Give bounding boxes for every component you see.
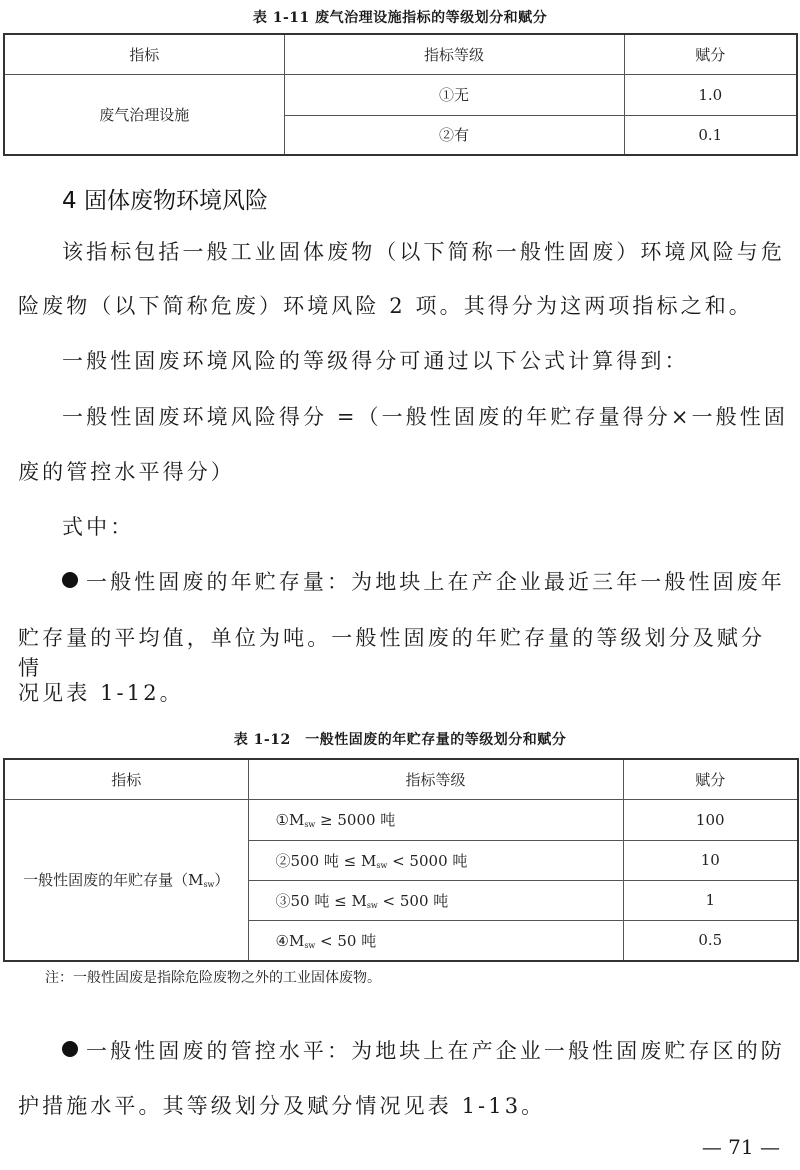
paragraph-line: 一般性固废环境风险的等级得分可通过以下公式计算得到：: [18, 345, 800, 375]
table-row: 一般性固废的年贮存量（Msw） ①Msw ≥ 5000 吨 100: [4, 799, 798, 840]
bullet-paragraph-line: 一般性固废的管控水平：为地块上在产企业一般性固废贮存区的防: [18, 1035, 800, 1065]
table-1-12-caption: 表 1-12 一般性固废的年贮存量的等级划分和赋分: [0, 729, 800, 749]
bullet-text: 一般性固废的年贮存量：为地块上在产企业最近三年一般性固废年: [86, 570, 785, 594]
table-row: 废气治理设施 ①无 1.0: [4, 74, 797, 115]
level-cell: ④Msw < 50 吨: [248, 920, 623, 961]
header-level: 指标等级: [248, 759, 623, 799]
header-indicator: 指标: [4, 34, 284, 74]
bullet-paragraph-line: 一般性固废的年贮存量：为地块上在产企业最近三年一般性固废年: [18, 566, 800, 596]
paragraph-line: 护措施水平。其等级划分及赋分情况见表 1-13。: [18, 1090, 788, 1120]
table-header-row: 指标 指标等级 赋分: [4, 759, 798, 799]
level-cell: ①无: [284, 74, 624, 115]
paragraph-line: 险废物（以下简称危废）环境风险 2 项。其得分为这两项指标之和。: [18, 290, 788, 320]
table-header-row: 指标 指标等级 赋分: [4, 34, 797, 74]
level-cell: ①Msw ≥ 5000 吨: [248, 799, 623, 840]
score-cell: 1.0: [624, 74, 797, 115]
bullet-icon: [62, 572, 78, 588]
score-cell: 0.1: [624, 115, 797, 155]
header-level: 指标等级: [284, 34, 624, 74]
level-cell: ②有: [284, 115, 624, 155]
header-indicator: 指标: [4, 759, 248, 799]
indicator-cell: 废气治理设施: [4, 74, 284, 155]
paragraph-line: 贮存量的平均值，单位为吨。一般性固废的年贮存量的等级划分及赋分情: [18, 622, 788, 682]
table-1-12: 指标 指标等级 赋分 一般性固废的年贮存量（Msw） ①Msw ≥ 5000 吨…: [3, 758, 799, 962]
table-note: 注：一般性固废是指除危险废物之外的工业固体废物。: [45, 967, 381, 987]
paragraph-line: 该指标包括一般工业固体废物（以下简称一般性固废）环境风险与危: [18, 236, 800, 266]
score-cell: 100: [623, 799, 798, 840]
score-cell: 10: [623, 840, 798, 880]
formula-line: 一般性固废环境风险得分 =（一般性固废的年贮存量得分×一般性固: [18, 401, 800, 431]
table-1-11-caption: 表 1-11 废气治理设施指标的等级划分和赋分: [0, 7, 800, 27]
header-score: 赋分: [623, 759, 798, 799]
header-score: 赋分: [624, 34, 797, 74]
section-heading: 4 固体废物环境风险: [62, 182, 268, 215]
bullet-icon: [62, 1041, 78, 1057]
score-cell: 0.5: [623, 920, 798, 961]
indicator-cell: 一般性固废的年贮存量（Msw）: [4, 799, 248, 961]
page-number: — 71 —: [702, 1135, 780, 1159]
table-1-11: 指标 指标等级 赋分 废气治理设施 ①无 1.0 ②有 0.1: [3, 33, 798, 156]
level-cell: ③50 吨 ≤ Msw < 500 吨: [248, 880, 623, 920]
bullet-text: 一般性固废的管控水平：为地块上在产企业一般性固废贮存区的防: [86, 1039, 785, 1063]
formula-line: 废的管控水平得分）: [18, 456, 788, 486]
paragraph-line: 况见表 1-12。: [18, 677, 788, 707]
where-label: 式中：: [18, 511, 800, 541]
score-cell: 1: [623, 880, 798, 920]
level-cell: ②500 吨 ≤ Msw < 5000 吨: [248, 840, 623, 880]
